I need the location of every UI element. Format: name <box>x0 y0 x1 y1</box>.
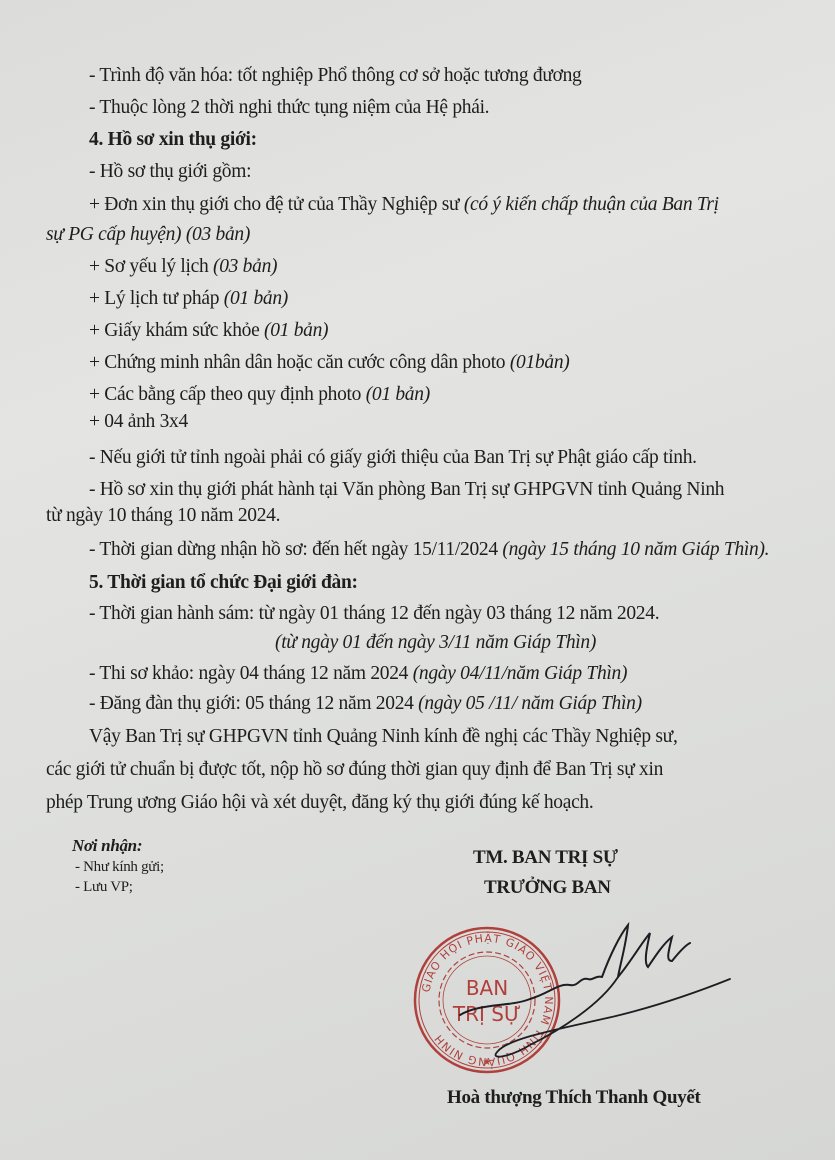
recipient-item: - Lưu VP; <box>75 880 133 895</box>
ordination-day: - Đăng đàn thụ giới: 05 tháng 12 năm 202… <box>89 694 642 714</box>
section-5-heading: 5. Thời gian tổ chức Đại giới đàn: <box>89 573 358 593</box>
item-id-card: + Chứng minh nhân dân hoặc căn cước công… <box>89 353 569 373</box>
item-application-cont: sự PG cấp huyện) (03 bản) <box>46 225 250 245</box>
signature-org: TM. BAN TRỊ SỰ <box>473 848 618 867</box>
signature-scrawl <box>440 915 740 1075</box>
item-health-cert: + Giấy khám sức khỏe (01 bản) <box>89 321 328 341</box>
deadline: - Thời gian dừng nhận hồ sơ: đến hết ngà… <box>89 540 769 560</box>
signature-role: TRƯỞNG BAN <box>484 878 611 897</box>
item-photos: + 04 ảnh 3x4 <box>89 412 188 432</box>
item-judicial-record: + Lý lịch tư pháp (01 bản) <box>89 289 288 309</box>
closing-paragraph-line1: Vậy Ban Trị sự GHPGVN tỉnh Quảng Ninh kí… <box>89 727 678 747</box>
item-application: + Đơn xin thụ giới cho đệ tử của Thầy Ng… <box>89 195 719 215</box>
recipients-title: Nơi nhận: <box>72 837 142 854</box>
repentance-lunar: (từ ngày 01 đến ngày 3/11 năm Giáp Thìn) <box>275 633 596 653</box>
issue-date: từ ngày 10 tháng 10 năm 2024. <box>46 506 280 526</box>
repentance-period: - Thời gian hành sám: từ ngày 01 tháng 1… <box>89 604 659 624</box>
note-outside-province: - Nếu giới tử tỉnh ngoài phải có giấy gi… <box>89 448 697 468</box>
item-diplomas: + Các bằng cấp theo quy định photo (01 b… <box>89 385 430 405</box>
chanting-requirement: - Thuộc lòng 2 thời nghi thức tụng niệm … <box>89 98 489 118</box>
closing-paragraph-line2: các giới tử chuẩn bị được tốt, nộp hồ sơ… <box>46 760 663 780</box>
recipient-item: - Như kính gửi; <box>75 860 164 875</box>
issue-location: - Hồ sơ xin thụ giới phát hành tại Văn p… <box>89 480 724 500</box>
item-cv: + Sơ yếu lý lịch (03 bản) <box>89 257 277 277</box>
signatory-name: Hoà thượng Thích Thanh Quyết <box>447 1088 701 1107</box>
closing-paragraph-line3: phép Trung ương Giáo hội và xét duyệt, đ… <box>46 793 593 813</box>
dossier-intro: - Hồ sơ thụ giới gồm: <box>89 162 251 182</box>
education-requirement: - Trình độ văn hóa: tốt nghiệp Phổ thông… <box>89 66 582 86</box>
preliminary-exam: - Thi sơ khảo: ngày 04 tháng 12 năm 2024… <box>89 664 627 684</box>
section-4-heading: 4. Hồ sơ xin thụ giới: <box>89 130 257 150</box>
document-page: - Trình độ văn hóa: tốt nghiệp Phổ thông… <box>0 0 835 1160</box>
